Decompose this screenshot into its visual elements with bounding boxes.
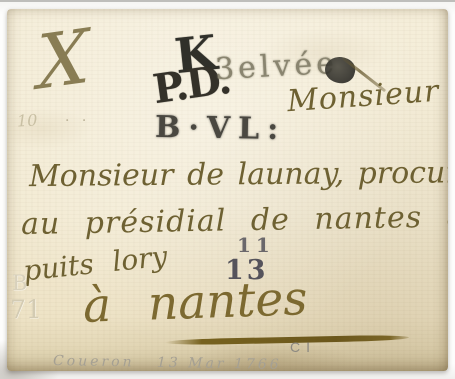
handwritten-flourish-a: X	[36, 13, 91, 107]
photo-edge	[0, 0, 455, 2]
faint-mark-left: 10	[17, 110, 38, 130]
rate-marking-top: 11	[237, 235, 275, 255]
photo-background: X K P.D. 3elvée B·VL: Monsieur Monsieur …	[0, 0, 455, 379]
pencil-note: Coueron 13 Mar 1766	[53, 353, 282, 371]
stamp-bvl: B·VL:	[155, 110, 287, 147]
letter-paper: X K P.D. 3elvée B·VL: Monsieur Monsieur …	[7, 9, 448, 371]
pencil-mark-71: 71	[10, 295, 42, 324]
underline-flourish	[165, 334, 409, 345]
city-line: à nantes	[82, 271, 308, 334]
address-line-1: Monsieur de launay, procureur	[29, 155, 448, 194]
pencil-mark-b: B	[12, 271, 27, 295]
pencil-ci: CI	[290, 339, 316, 355]
faint-dots-left: · ·	[65, 113, 90, 129]
